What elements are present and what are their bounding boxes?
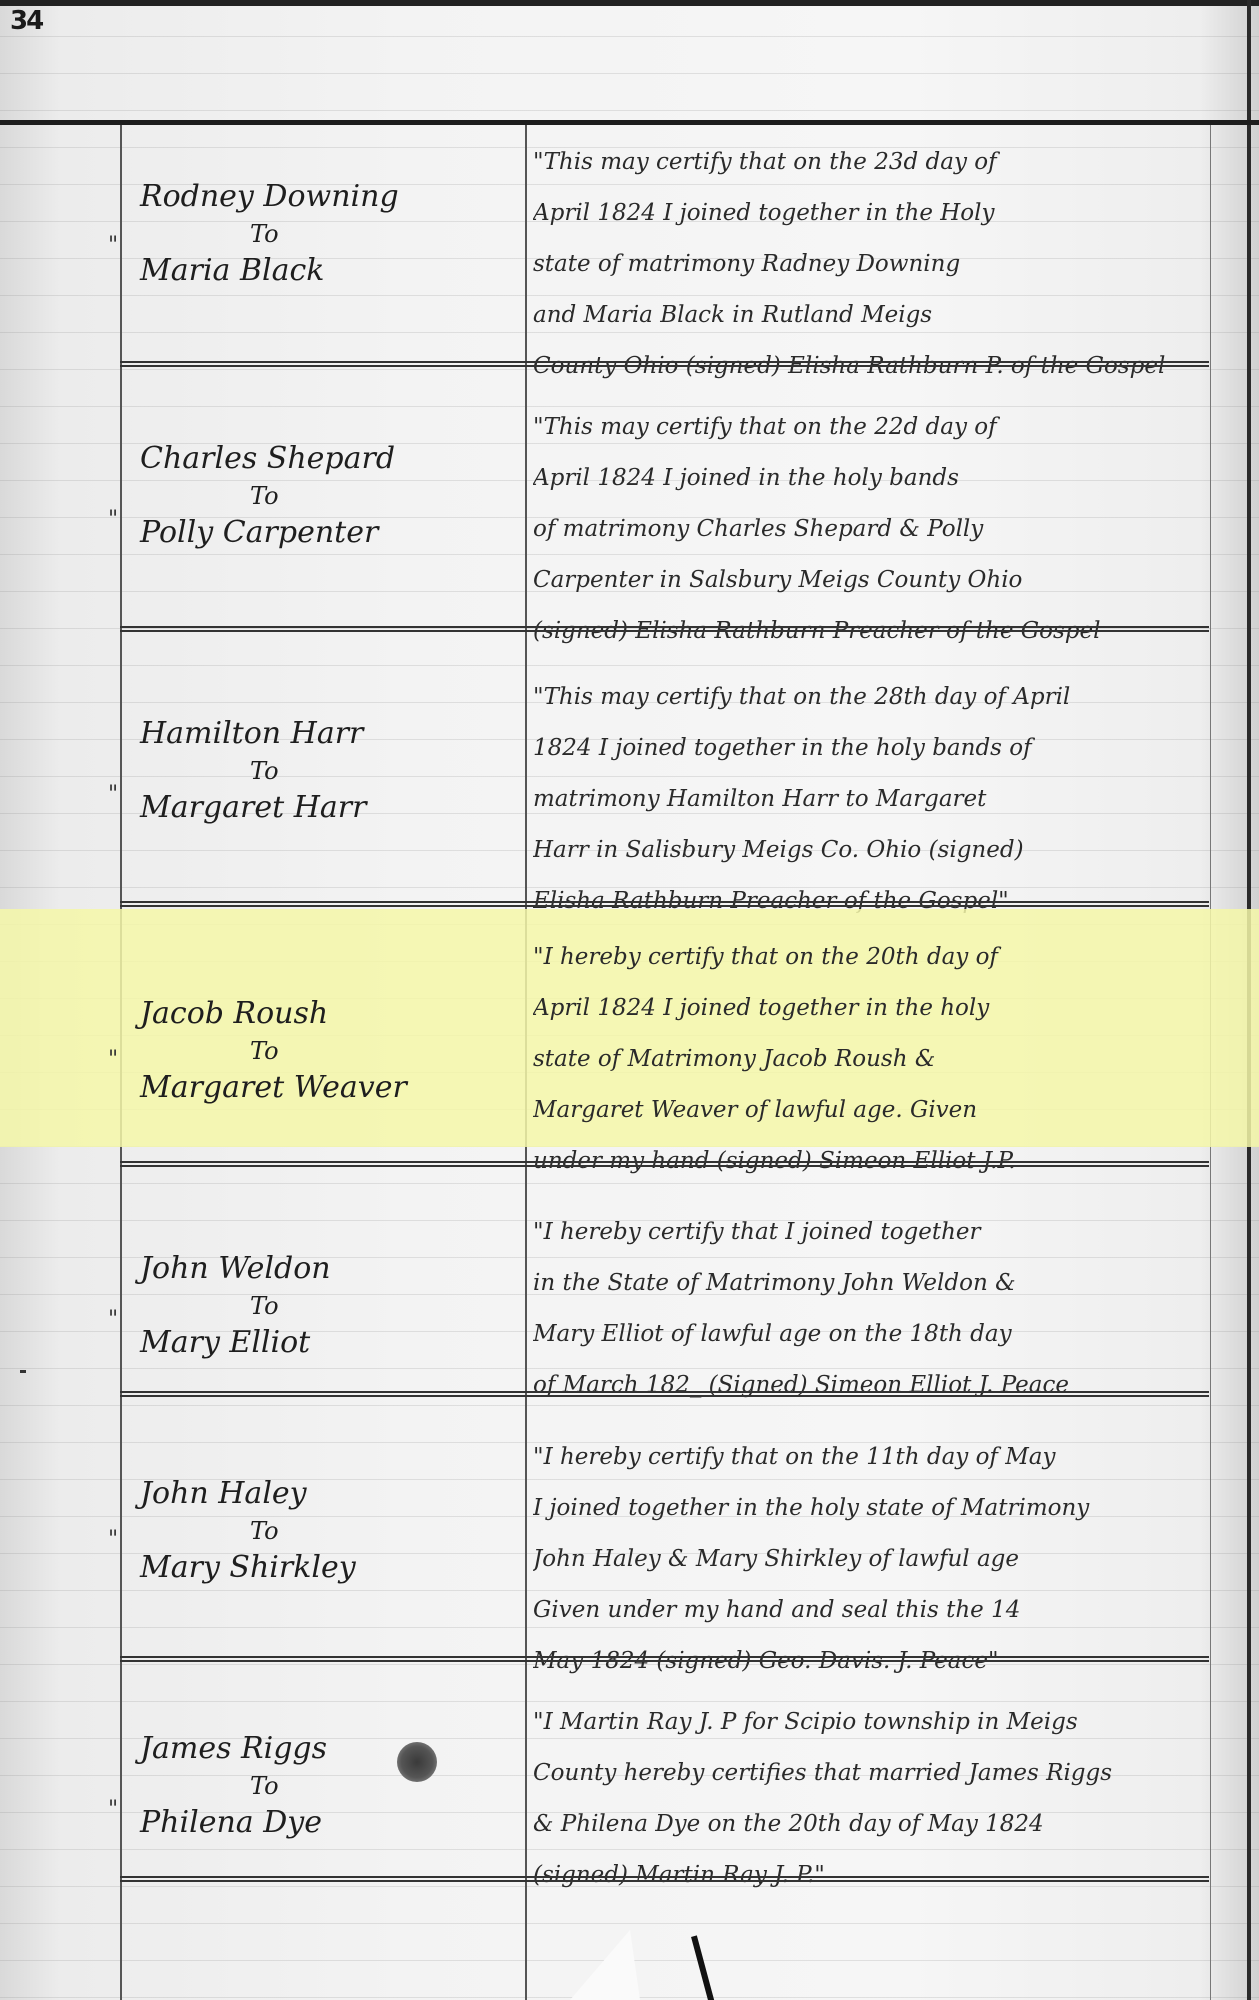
- certificate-text: "I hereby certify that on the 11th day o…: [533, 1432, 1213, 1687]
- certificate-line: Margaret Weaver of lawful age. Given: [533, 1085, 1213, 1136]
- register-page: 34 " Rodney Downing To Maria Black "This…: [0, 0, 1259, 2000]
- groom-name: Charles Shepard: [140, 437, 510, 481]
- entry-separator: [120, 1876, 1209, 1882]
- certificate-line: "This may certify that on the 22d day of: [533, 402, 1213, 453]
- bride-name: Margaret Harr: [140, 786, 510, 830]
- to-label: To: [140, 1771, 510, 1801]
- certificate-line: Mary Elliot of lawful age on the 18th da…: [533, 1309, 1213, 1360]
- page-curl-edge: [691, 1935, 715, 2000]
- register-entry-highlighted: " Jacob Roush To Margaret Weaver "I here…: [0, 907, 1259, 1167]
- certificate-line: state of matrimony Radney Downing: [533, 239, 1213, 290]
- stray-ink-mark: [20, 1370, 26, 1373]
- couple-names: John Weldon To Mary Elliot: [140, 1247, 510, 1365]
- ditto-mark: ": [108, 1797, 118, 1822]
- page-top-edge: [0, 0, 1259, 6]
- bride-name: Maria Black: [140, 249, 510, 293]
- ink-blot: [397, 1742, 437, 1782]
- groom-name: James Riggs: [140, 1727, 510, 1771]
- certificate-line: County hereby certifies that married Jam…: [533, 1748, 1213, 1799]
- groom-name: Hamilton Harr: [140, 712, 510, 756]
- ditto-mark: ": [108, 507, 118, 532]
- groom-name: Jacob Roush: [140, 992, 510, 1036]
- to-label: To: [140, 756, 510, 786]
- to-label: To: [140, 481, 510, 511]
- couple-names: Hamilton Harr To Margaret Harr: [140, 712, 510, 830]
- groom-name: Rodney Downing: [140, 175, 510, 219]
- certificate-line: I joined together in the holy state of M…: [533, 1483, 1213, 1534]
- couple-names: Jacob Roush To Margaret Weaver: [140, 992, 510, 1110]
- couple-names: James Riggs To Philena Dye: [140, 1727, 510, 1845]
- page-number: 34: [10, 6, 42, 36]
- register-entry: " Charles Shepard To Polly Carpenter "Th…: [0, 367, 1259, 632]
- certificate-line: & Philena Dye on the 20th day of May 182…: [533, 1799, 1213, 1850]
- to-label: To: [140, 1516, 510, 1546]
- to-label: To: [140, 1291, 510, 1321]
- bride-name: Polly Carpenter: [140, 511, 510, 555]
- to-label: To: [140, 1036, 510, 1066]
- ditto-mark: ": [108, 233, 118, 258]
- groom-name: John Haley: [140, 1472, 510, 1516]
- certificate-line: Harr in Salisbury Meigs Co. Ohio (signed…: [533, 825, 1213, 876]
- certificate-line: state of Matrimony Jacob Roush &: [533, 1034, 1213, 1085]
- certificate-line: "I hereby certify that I joined together: [533, 1207, 1213, 1258]
- certificate-line: John Haley & Mary Shirkley of lawful age: [533, 1534, 1213, 1585]
- register-entry: " Rodney Downing To Maria Black "This ma…: [0, 125, 1259, 367]
- certificate-line: matrimony Hamilton Harr to Margaret: [533, 774, 1213, 825]
- bride-name: Mary Shirkley: [140, 1546, 510, 1590]
- certificate-text: "This may certify that on the 23d day of…: [533, 137, 1213, 392]
- certificate-line: April 1824 I joined together in the holy: [533, 983, 1213, 1034]
- ditto-mark: ": [108, 1307, 118, 1332]
- groom-name: John Weldon: [140, 1247, 510, 1291]
- certificate-line: of matrimony Charles Shepard & Polly: [533, 504, 1213, 555]
- certificate-line: "I Martin Ray J. P for Scipio township i…: [533, 1697, 1213, 1748]
- certificate-line: April 1824 I joined in the holy bands: [533, 453, 1213, 504]
- certificate-line: in the State of Matrimony John Weldon &: [533, 1258, 1213, 1309]
- certificate-line: "This may certify that on the 28th day o…: [533, 672, 1213, 723]
- certificate-line: "I hereby certify that on the 11th day o…: [533, 1432, 1213, 1483]
- certificate-line: and Maria Black in Rutland Meigs: [533, 290, 1213, 341]
- register-entry: " James Riggs To Philena Dye "I Martin R…: [0, 1662, 1259, 1882]
- ditto-mark: ": [108, 782, 118, 807]
- certificate-line: Given under my hand and seal this the 14: [533, 1585, 1213, 1636]
- bride-name: Margaret Weaver: [140, 1066, 510, 1110]
- certificate-text: "I Martin Ray J. P for Scipio township i…: [533, 1697, 1213, 1901]
- certificate-line: April 1824 I joined together in the Holy: [533, 188, 1213, 239]
- ditto-mark: ": [108, 1527, 118, 1552]
- certificate-line: 1824 I joined together in the holy bands…: [533, 723, 1213, 774]
- bride-name: Philena Dye: [140, 1801, 510, 1845]
- bride-name: Mary Elliot: [140, 1321, 510, 1365]
- register-entry: " John Weldon To Mary Elliot "I hereby c…: [0, 1167, 1259, 1397]
- certificate-text: "I hereby certify that I joined together…: [533, 1207, 1213, 1411]
- register-entry: " Hamilton Harr To Margaret Harr "This m…: [0, 632, 1259, 907]
- to-label: To: [140, 219, 510, 249]
- page-curl: [570, 1930, 640, 2000]
- couple-names: Charles Shepard To Polly Carpenter: [140, 437, 510, 555]
- couple-names: Rodney Downing To Maria Black: [140, 175, 510, 293]
- couple-names: John Haley To Mary Shirkley: [140, 1472, 510, 1590]
- certificate-text: "I hereby certify that on the 20th day o…: [533, 932, 1213, 1187]
- ditto-mark: ": [108, 1047, 118, 1072]
- certificate-line: Carpenter in Salsbury Meigs County Ohio: [533, 555, 1213, 606]
- certificate-line: "This may certify that on the 23d day of: [533, 137, 1213, 188]
- certificate-text: "This may certify that on the 22d day of…: [533, 402, 1213, 657]
- certificate-line: "I hereby certify that on the 20th day o…: [533, 932, 1213, 983]
- register-entry: " John Haley To Mary Shirkley "I hereby …: [0, 1397, 1259, 1662]
- certificate-text: "This may certify that on the 28th day o…: [533, 672, 1213, 927]
